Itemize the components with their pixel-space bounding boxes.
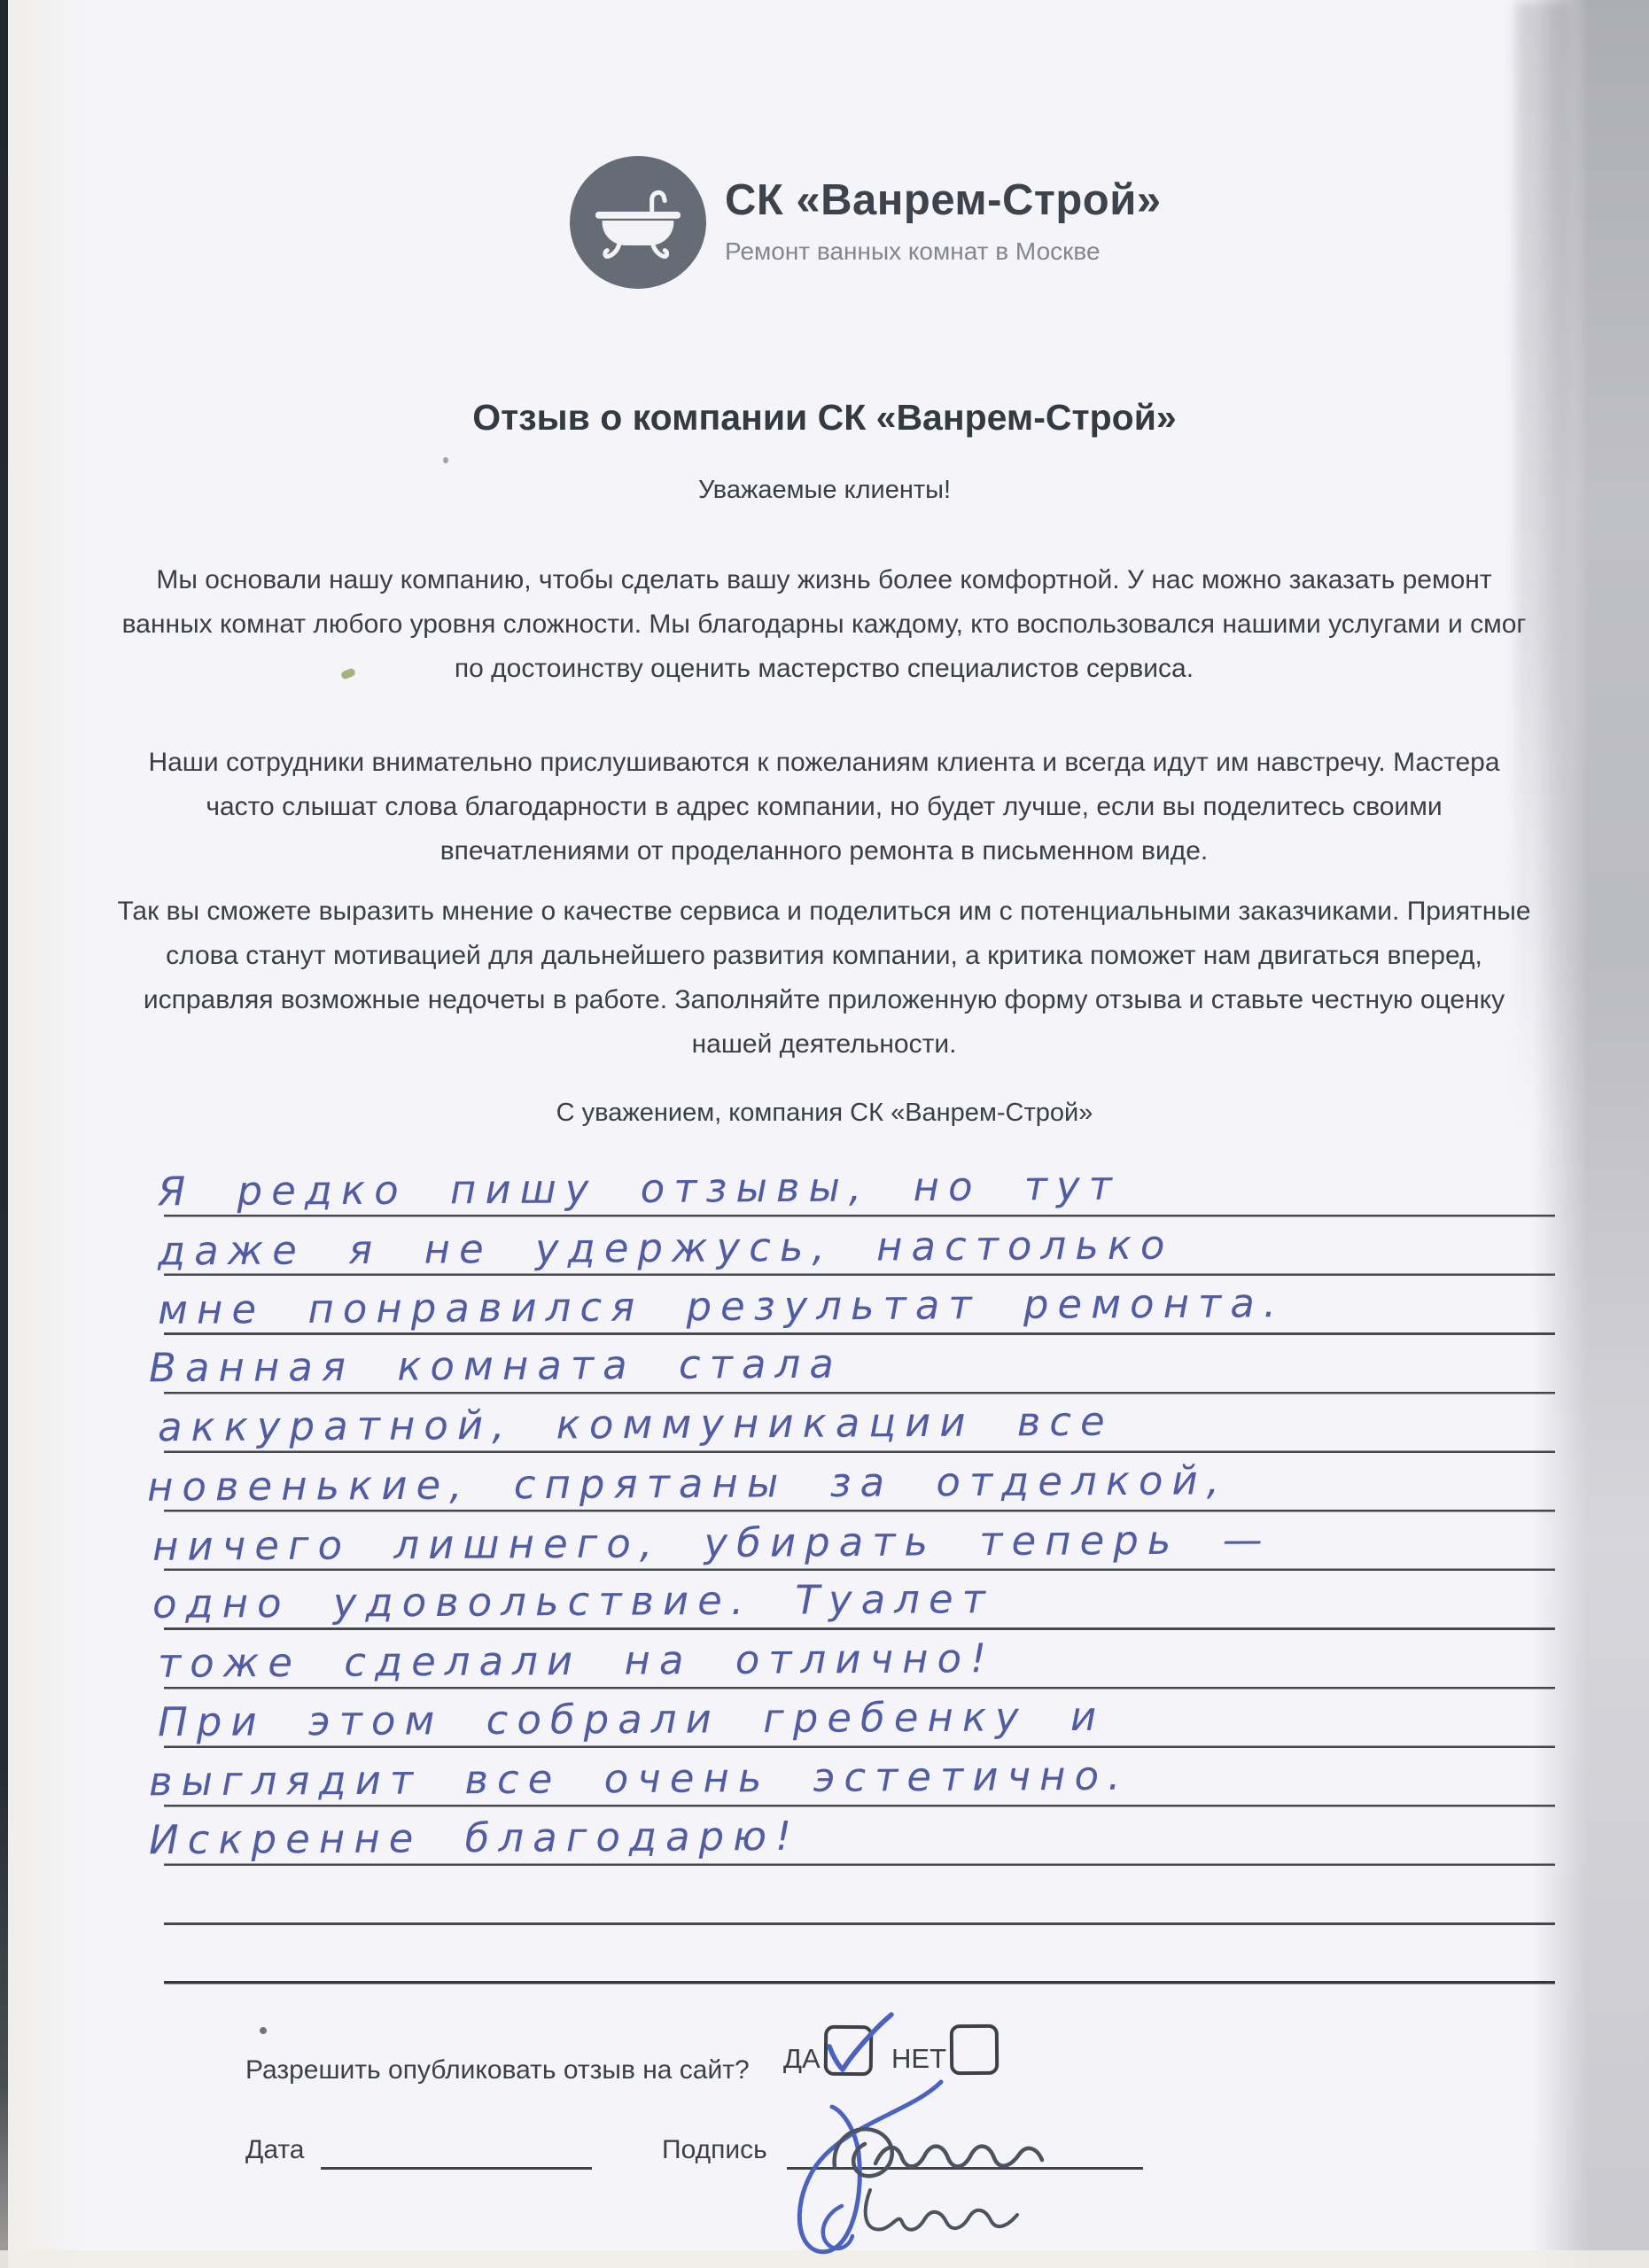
paragraph-line: Наши сотрудники внимательно прислушивают… [115, 741, 1533, 785]
paragraph-line: исправляя возможные недочеты в работе. З… [115, 978, 1533, 1022]
handwritten-line: выглядит все очень эстетично. [149, 1752, 1130, 1812]
paragraph-line: часто слышат слова благодарности в адрес… [115, 785, 1533, 829]
signature-stroke [835, 2129, 1042, 2176]
greeting-line: Уважаемые клиенты! [0, 476, 1649, 505]
scan-left-paper-band [8, 0, 93, 2268]
scan-speck [443, 457, 448, 463]
handwritten-line: новенькие, спрятаны за отделкой, [147, 1456, 1228, 1516]
scan-left-edge [0, 0, 8, 2268]
handwritten-line: Я редко пишу отзывы, но тут [158, 1162, 1121, 1222]
intro-paragraph-3: Так вы сможете выразить мнение о качеств… [115, 889, 1533, 1067]
company-tagline: Ремонт ванных комнат в Москве [725, 237, 1101, 266]
intro-paragraph-1: Мы основали нашу компанию, чтобы сделать… [115, 558, 1533, 691]
document-title: Отзыв о компании СК «Ванрем-Строй» [0, 397, 1649, 439]
publish-question: Разрешить опубликовать отзыв на сайт? [245, 2055, 750, 2085]
company-logo [570, 156, 706, 289]
paragraph-line: впечатлениями от проделанного ремонта в … [115, 829, 1533, 874]
review-last-rule [164, 1981, 1555, 1984]
bathtub-icon [586, 171, 690, 275]
scanned-review-form: СК «Ванрем-Строй» Ремонт ванных комнат в… [0, 0, 1649, 2268]
handwritten-line: ничего лишнего, убирать теперь — [152, 1516, 1272, 1576]
handwritten-line: мне понравился результат ремонта. [158, 1279, 1286, 1340]
paragraph-line: ванных комнат любого уровня сложности. М… [115, 602, 1533, 647]
paragraph-line: слова станут мотивацией для дальнейшего … [115, 934, 1533, 978]
paragraph-line: нашей деятельности. [115, 1022, 1533, 1067]
intro-paragraph-2: Наши сотрудники внимательно прислушивают… [115, 741, 1533, 874]
handwritten-line: тоже сделали на отлично! [158, 1635, 995, 1693]
company-name: СК «Ванрем-Строй» [725, 175, 1162, 225]
signoff-line: С уважением, компания СК «Ванрем-Строй» [0, 1099, 1649, 1128]
paragraph-line: по достоинству оценить мастерство специа… [115, 647, 1533, 691]
paragraph-line: Мы основали нашу компанию, чтобы сделать… [115, 558, 1533, 602]
handwritten-line: одно удовольствие. Туалет [152, 1575, 994, 1634]
pen-ink-overlay [727, 1984, 1187, 2268]
handwritten-line: даже я не удержусь, настолько [158, 1221, 1174, 1280]
handwritten-line: аккуратной, коммуникации все [158, 1398, 1114, 1457]
signature-stroke [866, 2190, 1017, 2230]
scan-speck [260, 2027, 267, 2034]
paragraph-line: Так вы сможете выразить мнение о качеств… [115, 889, 1533, 934]
handwritten-line: Ванная комната стала [149, 1340, 843, 1398]
handwritten-line: При этом собрали гребенку и [158, 1693, 1106, 1752]
date-label: Дата [245, 2135, 304, 2165]
yes-checkmark-icon [829, 2015, 891, 2070]
handwritten-line: Искренне благодарю! [149, 1813, 800, 1869]
date-fill-line[interactable] [321, 2167, 592, 2170]
